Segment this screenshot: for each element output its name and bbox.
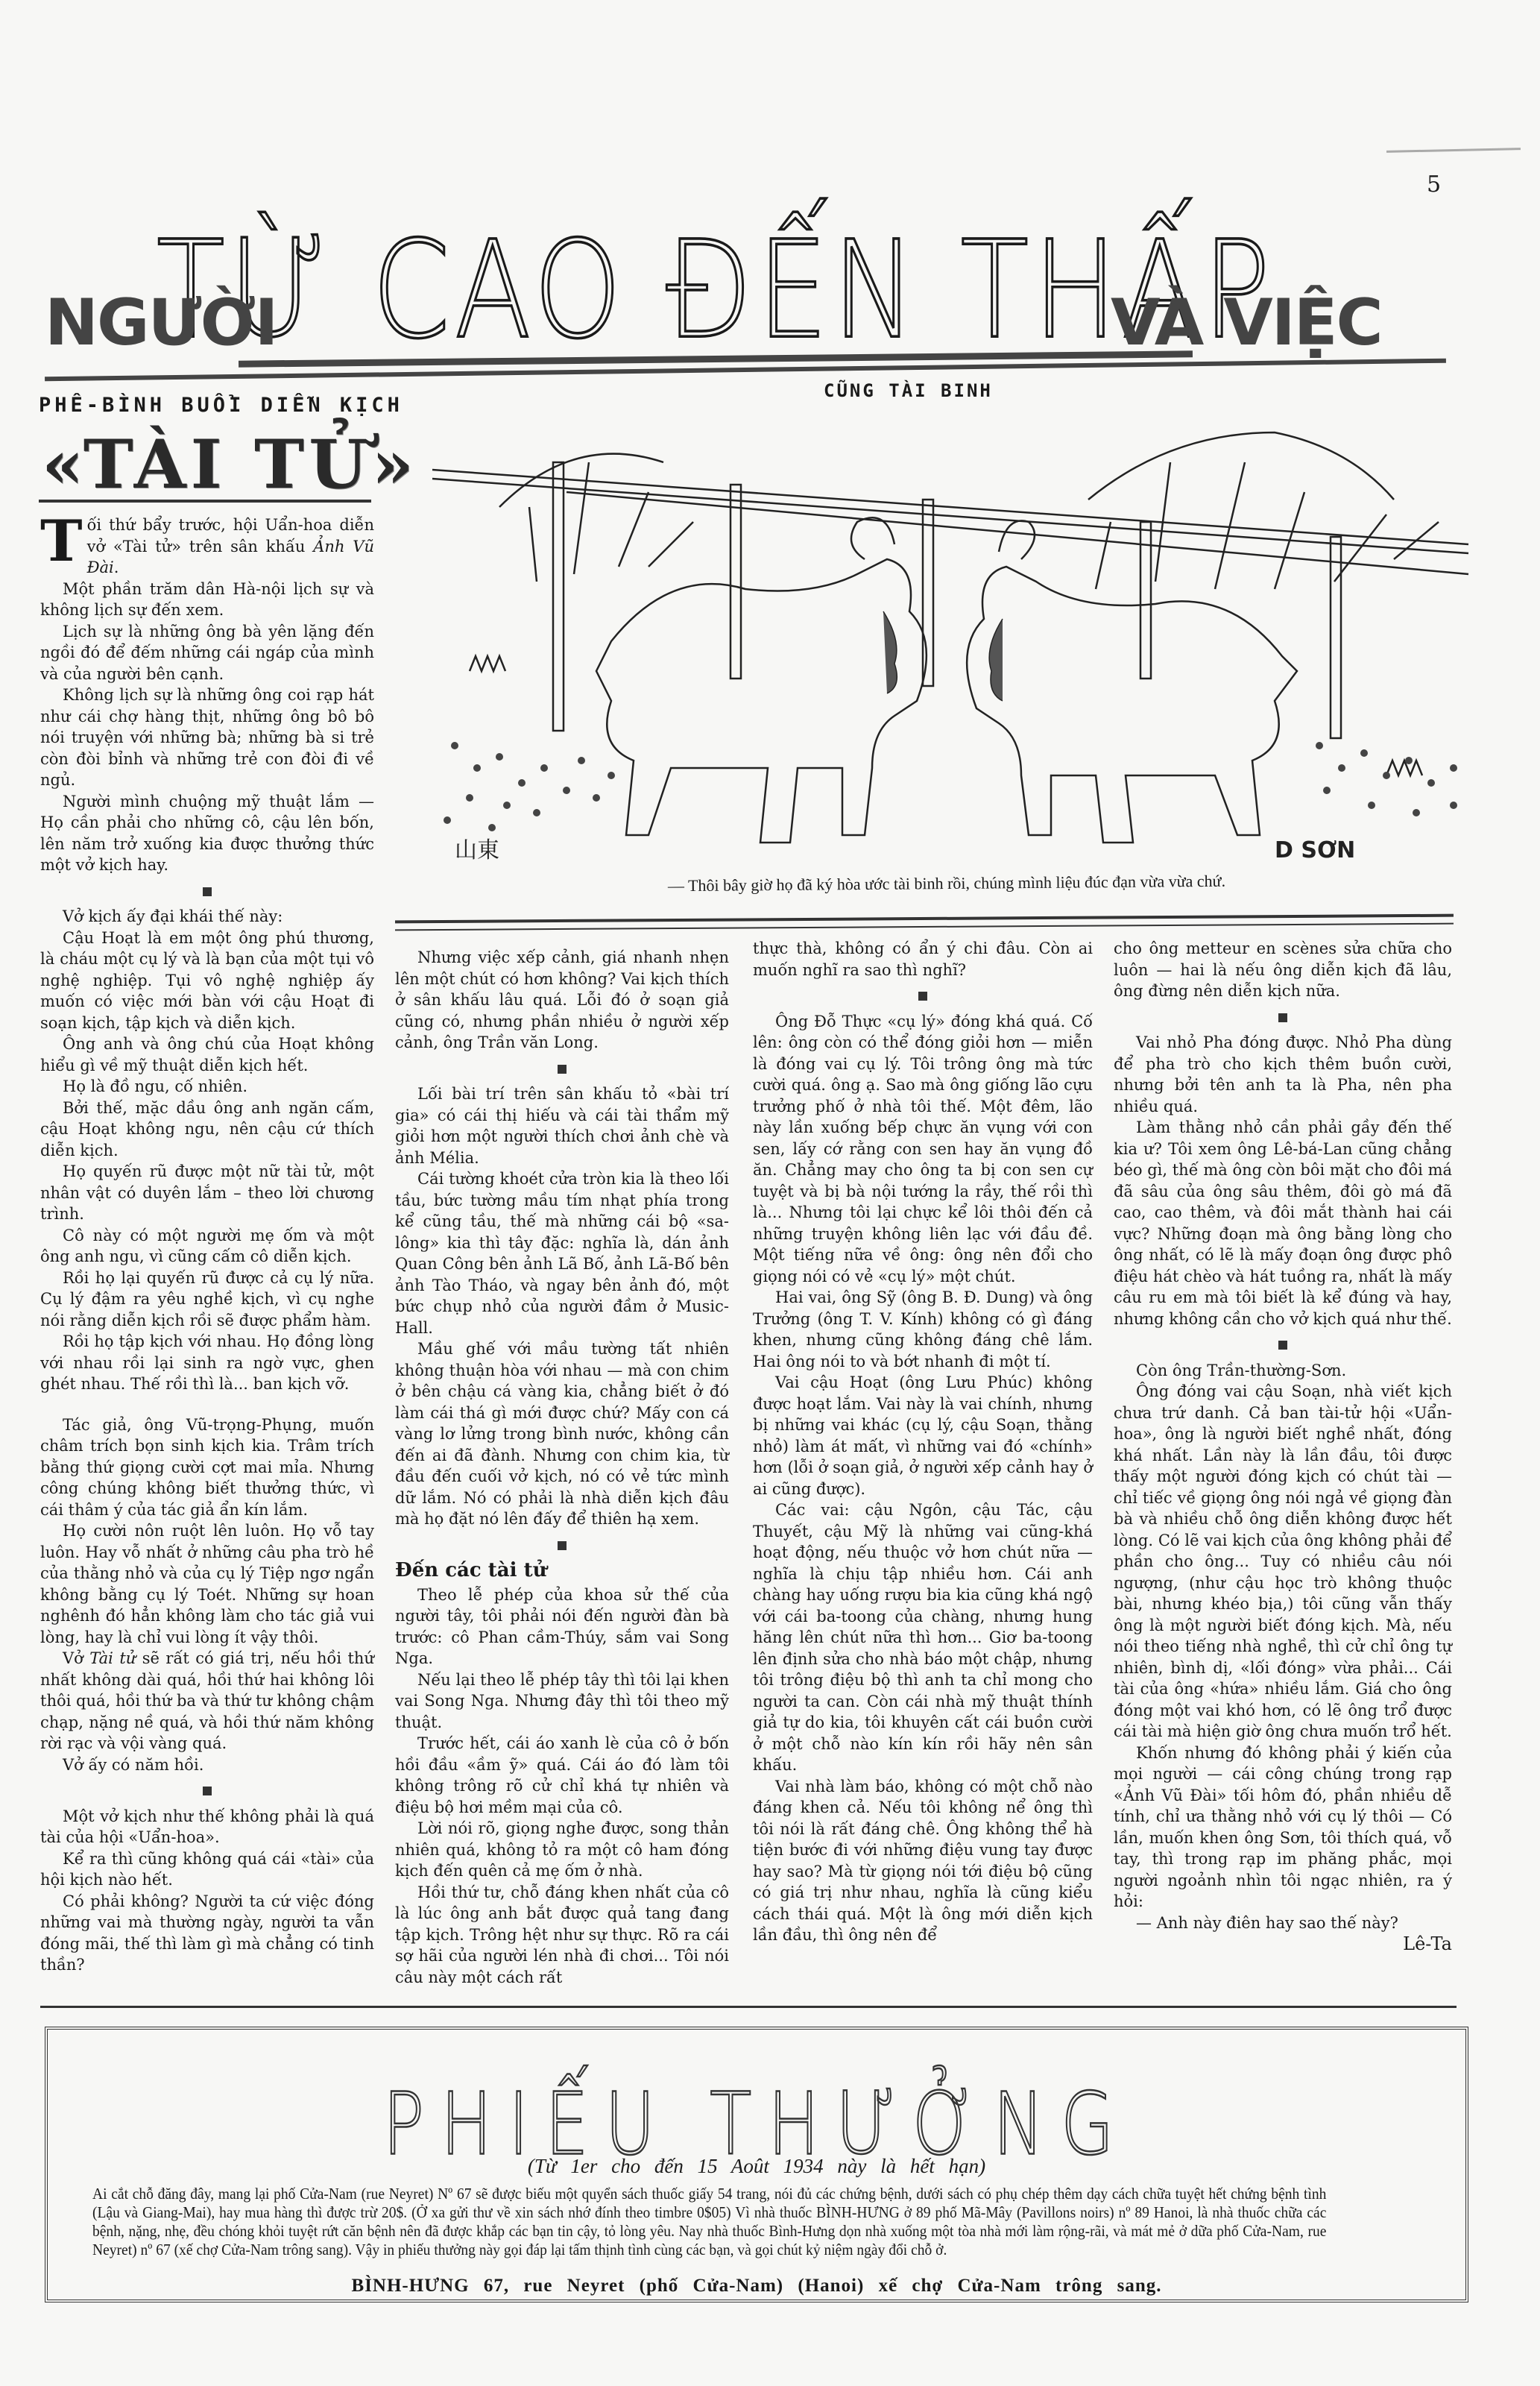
paragraph: Họ cười nôn ruột lên luôn. Họ vỗ tay luô… xyxy=(40,1520,374,1648)
page-number: 5 xyxy=(1427,171,1441,198)
section-ornament xyxy=(40,1780,374,1801)
article-headline: «TÀI TỬ» xyxy=(42,425,418,504)
paragraph: Vở Tài tử sẽ rất có giá trị, nếu hồi thứ… xyxy=(40,1648,374,1754)
paragraph: Làm thằng nhỏ cần phải gầy đến thế kia ư… xyxy=(1114,1117,1452,1329)
section-rule xyxy=(40,2006,1457,2008)
section-ornament xyxy=(40,881,374,902)
paragraph: Rồi họ lại quyến rũ được cả cụ lý nữa. C… xyxy=(40,1268,374,1332)
cartoon-title: CŨNG TÀI BINH xyxy=(824,380,993,401)
paragraph: Ông anh và ông chú của Hoạt không hiểu g… xyxy=(40,1033,374,1076)
advertisement-body: Ai cắt chỗ đăng đây, mang lại phố Cửa-Na… xyxy=(92,2185,1326,2259)
section-ornament xyxy=(395,1058,729,1080)
paragraph: Mầu ghế với mầu tường tất nhiên không th… xyxy=(395,1338,729,1530)
lead-paragraph: Tối thứ bẩy trước, hội Uẩn-hoa diễn vở «… xyxy=(40,514,374,579)
section-ornament xyxy=(1114,1007,1452,1028)
section-rule xyxy=(395,923,1454,931)
advertisement-subtitle: (Từ 1er cho đến 15 Août 1934 này là hết … xyxy=(48,2155,1465,2178)
article-column-2: Nhưng việc xếp cảnh, giá nhanh nhẹn lên … xyxy=(395,947,729,1988)
paragraph: Vở kịch ấy đại khái thế này: xyxy=(40,906,374,928)
paragraph: Khốn nhưng đó không phải ý kiến của mọi … xyxy=(1114,1743,1452,1913)
paragraph: Nhưng việc xếp cảnh, giá nhanh nhẹn lên … xyxy=(395,947,729,1054)
headline-rule xyxy=(39,500,371,503)
paragraph: Lối bài trí trên sân khấu tỏ «bài trí gi… xyxy=(395,1083,729,1168)
section-ornament xyxy=(395,1534,729,1556)
article-column-3: thực thà, không có ẩn ý chi đâu. Còn ai … xyxy=(753,938,1093,1946)
paragraph: Vai nhỏ Pha đóng được. Nhỏ Pha dùng để p… xyxy=(1114,1032,1452,1117)
paragraph: Theo lễ phép của khoa sử thế của người t… xyxy=(395,1584,729,1669)
paragraph: Có phải không? Người ta cứ việc đóng nhữ… xyxy=(40,1891,374,1976)
paragraph: Họ là đồ ngu, cố nhiên. xyxy=(40,1076,374,1098)
section-rule xyxy=(395,914,1454,924)
paragraph: Cô này có một người mẹ ốm và một ông anh… xyxy=(40,1225,374,1268)
cartoon-caption: — Thôi bây giờ họ đã ký hòa ước tài binh… xyxy=(440,869,1454,898)
paragraph: Người mình chuộng mỹ thuật lắm — Họ cần … xyxy=(40,791,374,876)
section-ornament xyxy=(753,985,1093,1007)
paragraph: thực thà, không có ẩn ý chi đâu. Còn ai … xyxy=(753,938,1093,980)
paragraph: Các vai: cậu Ngôn, cậu Tác, cậu Thuyết, … xyxy=(753,1499,1093,1776)
paragraph: Ông đóng vai cậu Soạn, nhà viết kịch chư… xyxy=(1114,1381,1452,1743)
section-ornament xyxy=(1114,1334,1452,1356)
paragraph: Nếu lại theo lễ phép tây thì tôi lại khe… xyxy=(395,1669,729,1734)
advertisement-footer: BÌNH-HƯNG 67, rue Neyret (phố Cửa-Nam) (… xyxy=(48,2276,1465,2297)
paragraph: Còn ông Trần-thường-Sơn. xyxy=(1114,1360,1452,1382)
masthead-right-word: VÀ VIỆC xyxy=(1111,291,1382,355)
paragraph: Lịch sự là những ông bà yên lặng đến ngồ… xyxy=(40,621,374,685)
paragraph: Bởi thế, mặc dầu ông anh ngăn cấm, cậu H… xyxy=(40,1098,374,1162)
paragraph: Cái tường khoét cửa tròn kia là theo lối… xyxy=(395,1168,729,1338)
paragraph: Kể ra thì cũng không quá cái «tài» của h… xyxy=(40,1848,374,1891)
author-signature: Lê-Ta xyxy=(1114,1933,1452,1955)
paragraph: Một vở kịch như thế không phải là quá tà… xyxy=(40,1806,374,1848)
paragraph: Lời nói rõ, giọng nghe được, song thản n… xyxy=(395,1818,729,1882)
masthead-outline-title: TỪ CAO ĐẾN THẤP xyxy=(157,224,1275,358)
goat-cartoon-illustration: 山東 D SƠN xyxy=(425,418,1483,865)
paragraph: Vở ấy có năm hồi. xyxy=(40,1754,374,1776)
artist-signature-right: D SƠN xyxy=(1275,837,1355,863)
paragraph: Họ quyến rũ được một nữ tài tử, một nhân… xyxy=(40,1161,374,1225)
page-smudge xyxy=(1386,148,1521,153)
article-column-4: cho ông metteur en scènes sửa chữa cho l… xyxy=(1114,938,1452,1955)
paragraph: Vai cậu Hoạt (ông Lưu Phúc) không được h… xyxy=(753,1372,1093,1499)
advertisement-box: PHIẾU THƯỞNG (Từ 1er cho đến 15 Août 193… xyxy=(45,2027,1468,2302)
paragraph: Một phần trăm dân Hà-nội lịch sự và khôn… xyxy=(40,579,374,621)
paragraph: Không lịch sự là những ông coi rạp hát n… xyxy=(40,684,374,791)
section-subhead: Đến các tài tử xyxy=(395,1560,729,1581)
paragraph: Ông Đỗ Thực «cụ lý» đóng khá quá. Cố lên… xyxy=(753,1011,1093,1288)
paragraph: Cậu Hoạt là em một ông phú thương, là ch… xyxy=(40,928,374,1034)
paragraph: Vai nhà làm báo, không có một chỗ nào đá… xyxy=(753,1776,1093,1946)
article-column-1: Tối thứ bẩy trước, hội Uẩn-hoa diễn vở «… xyxy=(40,514,374,1976)
article-kicker: PHÊ-BÌNH BUỔI DIỄN KỊCH xyxy=(39,394,403,417)
paragraph: Hai vai, ông Sỹ (ông B. Đ. Dung) và ông … xyxy=(753,1287,1093,1372)
paragraph: Hồi thứ tư, chỗ đáng khen nhất của cô là… xyxy=(395,1882,729,1989)
drop-cap: T xyxy=(40,519,83,564)
paragraph: cho ông metteur en scènes sửa chữa cho l… xyxy=(1114,938,1452,1002)
paragraph: Rồi họ tập kịch với nhau. Họ đồng lòng v… xyxy=(40,1331,374,1395)
artist-signature-left: 山東 xyxy=(455,837,499,863)
paragraph: — Anh này điên hay sao thế này? xyxy=(1114,1913,1452,1934)
masthead: TỪ CAO ĐẾN THẤP NGƯỜI VÀ VIỆC xyxy=(45,216,1446,380)
masthead-left-word: NGƯỜI xyxy=(45,291,277,355)
paragraph: Tác giả, ông Vũ-trọng-Phụng, muốn châm t… xyxy=(40,1414,374,1521)
paragraph: Trước hết, cái áo xanh lè của cô ở bốn h… xyxy=(395,1733,729,1818)
